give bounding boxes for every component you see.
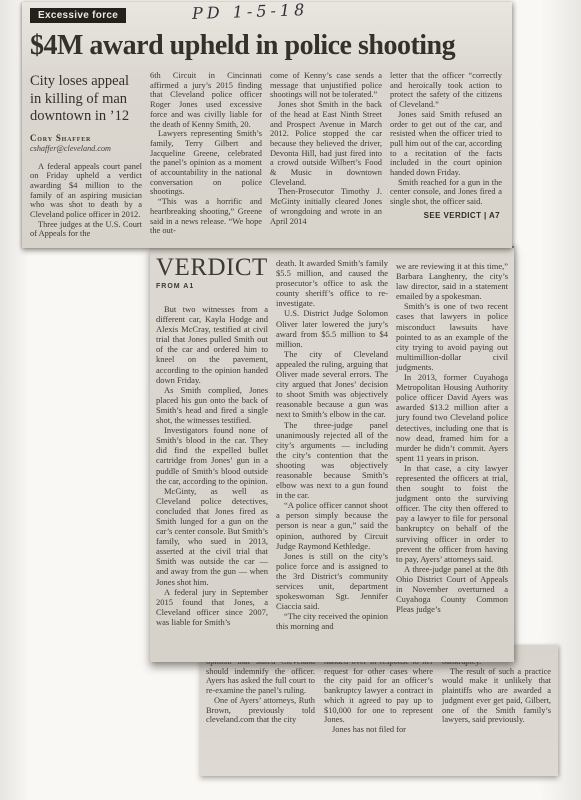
article-paragraph: Jones shot Smith in the back of the head… xyxy=(270,100,382,187)
article-paragraph: letter that the officer “correctly and h… xyxy=(390,71,502,110)
article-paragraph: Lawyers representing Smith’s family, Ter… xyxy=(150,129,262,197)
article-text-column: But two witnesses from a different car, … xyxy=(156,304,268,627)
clipping-article-tail: opinion that stated Cleveland should ind… xyxy=(200,645,558,776)
tail-column-1: opinion that stated Cleveland should ind… xyxy=(206,657,315,776)
article-paragraph: “A police officer cannot shoot a person … xyxy=(276,500,388,550)
article-paragraph: come of Kenny’s case sends a message tha… xyxy=(270,71,382,100)
article-paragraph: U.S. District Judge Solomon Oliver later… xyxy=(276,308,388,348)
from-reference: FROM A1 xyxy=(156,283,268,290)
article-paragraph: The city of Cleveland appealed the rulin… xyxy=(276,349,388,420)
article-paragraph: we are reviewing it at this time,” Barba… xyxy=(396,261,508,301)
article-text-column: handed over in response to her request f… xyxy=(324,657,433,735)
front-column-3: come of Kenny’s case sends a message tha… xyxy=(270,71,382,246)
tail-column-3: bankruptcy.The result of such a practice… xyxy=(442,657,551,776)
tail-columns: opinion that stated Cleveland should ind… xyxy=(206,645,552,776)
jump-reference: SEE VERDICT | A7 xyxy=(390,211,502,220)
jump-column-1: VERDICT FROM A1 But two witnesses from a… xyxy=(156,248,268,660)
article-paragraph: Jones is still on the city’s police forc… xyxy=(276,551,388,612)
byline-email: cshaffer@cleveland.com xyxy=(30,144,142,154)
article-text-column: bankruptcy.The result of such a practice… xyxy=(442,657,551,725)
article-paragraph: death. It awarded Smith’s family $5.5 mi… xyxy=(276,258,388,308)
article-paragraph: The result of such a practice would make… xyxy=(442,667,551,725)
article-paragraph: Smith’s is one of two recent cases that … xyxy=(396,301,508,372)
article-text-column: A federal appeals court panel on Friday … xyxy=(30,162,142,240)
headline: $4M award upheld in police shooting xyxy=(30,30,455,62)
article-paragraph: Then-Prosecutor Timothy J. McGinty initi… xyxy=(270,187,382,226)
article-paragraph: In 2013, former Cuyahoga Metropolitan Ho… xyxy=(396,372,508,463)
article-paragraph: handed over in response to her request f… xyxy=(324,657,433,725)
subhead: City loses appeal in killing of man down… xyxy=(30,73,142,126)
article-paragraph: opinion that stated Cleveland should ind… xyxy=(206,657,315,696)
article-paragraph: In that case, a city lawyer represented … xyxy=(396,463,508,564)
article-paragraph: But two witnesses from a different car, … xyxy=(156,304,268,385)
article-text-column: opinion that stated Cleveland should ind… xyxy=(206,657,315,725)
clipping-jump-page: VERDICT FROM A1 But two witnesses from a… xyxy=(150,246,514,662)
front-column-1: City loses appeal in killing of man down… xyxy=(30,71,142,246)
article-paragraph: Jones has not filed for xyxy=(324,725,433,735)
jump-header: VERDICT xyxy=(156,254,268,281)
jump-columns: VERDICT FROM A1 But two witnesses from a… xyxy=(156,248,508,660)
article-text-column: we are reviewing it at this time,” Barba… xyxy=(396,261,508,614)
article-text-column: letter that the officer “correctly and h… xyxy=(390,71,502,207)
jump-column-3: we are reviewing it at this time,” Barba… xyxy=(396,248,508,660)
front-column-4: letter that the officer “correctly and h… xyxy=(390,71,502,246)
article-paragraph: One of Ayers’ attorneys, Ruth Brown, pre… xyxy=(206,696,315,725)
article-paragraph: The three-judge panel unanimously reject… xyxy=(276,420,388,501)
article-text-column: 6th Circuit in Cincinnati affirmed a jur… xyxy=(150,71,262,236)
kicker-label: Excessive force xyxy=(30,8,126,23)
jump-column-2: death. It awarded Smith’s family $5.5 mi… xyxy=(276,248,388,660)
article-paragraph: 6th Circuit in Cincinnati affirmed a jur… xyxy=(150,71,262,129)
article-paragraph: Jones said Smith refused an order to get… xyxy=(390,110,502,178)
article-paragraph: “This was a horrific and heartbreaking s… xyxy=(150,197,262,236)
byline-author: Cory Shaffer xyxy=(30,133,142,144)
article-paragraph: A three-judge panel at the 8th Ohio Dist… xyxy=(396,564,508,614)
clipping-front-page: Excessive force PD 1-5-18 $4M award uphe… xyxy=(22,2,512,248)
article-paragraph: “The city received the opinion this morn… xyxy=(276,611,388,631)
article-text-column: come of Kenny’s case sends a message tha… xyxy=(270,71,382,226)
article-paragraph: Smith reached for a gun in the center co… xyxy=(390,178,502,207)
article-paragraph: A federal jury in September 2015 found t… xyxy=(156,587,268,627)
article-paragraph: Three judges at the U.S. Court of Appeal… xyxy=(30,220,142,239)
front-column-2: 6th Circuit in Cincinnati affirmed a jur… xyxy=(150,71,262,246)
article-text-column: death. It awarded Smith’s family $5.5 mi… xyxy=(276,258,388,631)
front-page-columns: City loses appeal in killing of man down… xyxy=(30,71,504,246)
newspaper-scan-page: Excessive force PD 1-5-18 $4M award uphe… xyxy=(0,0,581,800)
article-paragraph: A federal appeals court panel on Friday … xyxy=(30,162,142,220)
handwritten-date-annotation: PD 1-5-18 xyxy=(192,2,309,23)
article-paragraph: McGinty, as well as Cleveland police det… xyxy=(156,486,268,587)
article-paragraph: Investigators found none of Smith’s bloo… xyxy=(156,425,268,486)
article-paragraph: As Smith complied, Jones placed his gun … xyxy=(156,385,268,425)
tail-column-2: handed over in response to her request f… xyxy=(324,657,433,776)
